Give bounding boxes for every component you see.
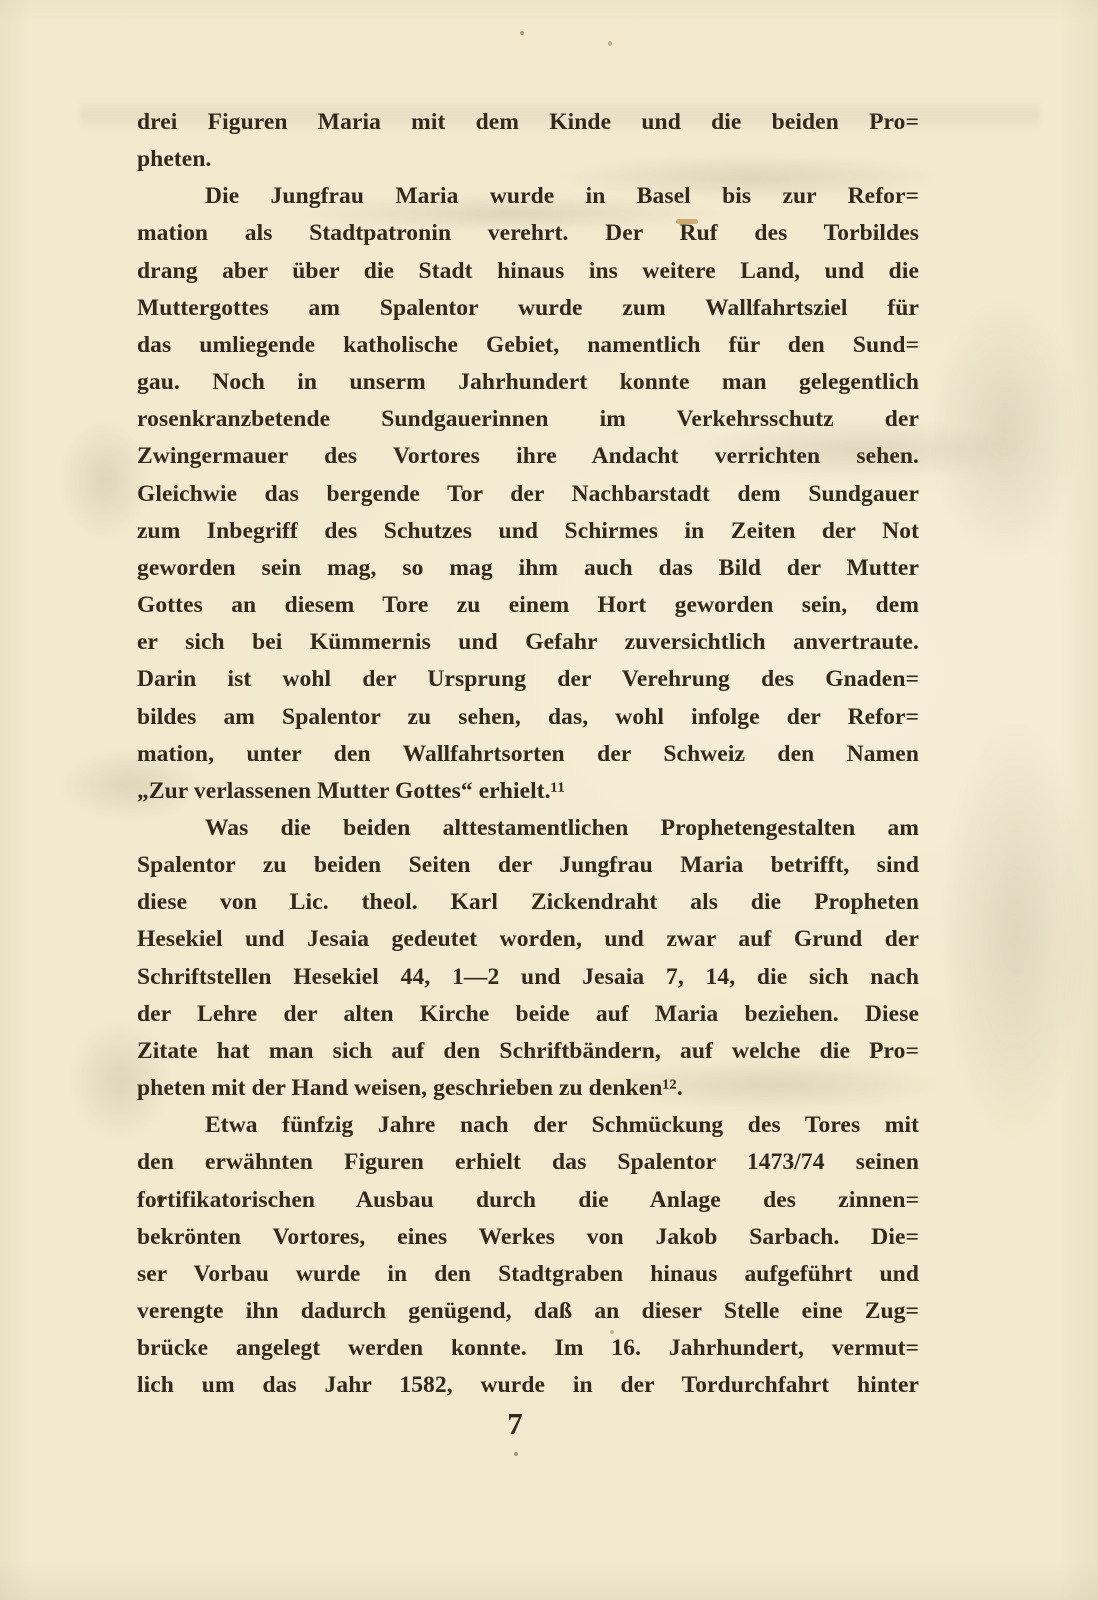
paragraph: Was die beiden alttestamentlichen Prophe… bbox=[137, 810, 919, 1107]
text-line: bildes am Spalentor zu sehen, das, wohl … bbox=[137, 699, 919, 736]
text-line: drei Figuren Maria mit dem Kinde und die… bbox=[137, 104, 919, 141]
text-line: lich um das Jahr 1582, wurde in der Tord… bbox=[137, 1367, 919, 1404]
text-line: Die Jungfrau Maria wurde in Basel bis zu… bbox=[137, 178, 919, 215]
text-line: brücke angelegt werden konnte. Im 16. Ja… bbox=[137, 1330, 919, 1367]
text-line: Etwa fünfzig Jahre nach der Schmückung d… bbox=[137, 1107, 919, 1144]
text-line: zum Inbegriff des Schutzes und Schirmes … bbox=[137, 513, 919, 550]
text-line: der Lehre der alten Kirche beide auf Mar… bbox=[137, 996, 919, 1033]
text-line: mation, unter den Wallfahrtsorten der Sc… bbox=[137, 736, 919, 773]
text-line: Was die beiden alttestamentlichen Prophe… bbox=[137, 810, 919, 847]
text-line: er sich bei Kümmernis und Gefahr zuversi… bbox=[137, 624, 919, 661]
text-line: gau. Noch in unserm Jahrhundert konnte m… bbox=[137, 364, 919, 401]
text-line: geworden sein mag, so mag ihm auch das B… bbox=[137, 550, 919, 587]
text-line: bekrönten Vortores, eines Werkes von Jak… bbox=[137, 1219, 919, 1256]
text-line: das umliegende katholische Gebiet, namen… bbox=[137, 327, 919, 364]
show-through-smudge bbox=[930, 300, 1080, 560]
text-line: fortifikatorischen Ausbau durch die Anla… bbox=[137, 1182, 919, 1219]
ink-speck bbox=[520, 31, 524, 35]
ink-speck bbox=[608, 41, 612, 46]
text-line: Spalentor zu beiden Seiten der Jungfrau … bbox=[137, 847, 919, 884]
text-line: Gleichwie das bergende Tor der Nachbarst… bbox=[137, 476, 919, 513]
text-line: diese von Lic. theol. Karl Zickendraht a… bbox=[137, 884, 919, 921]
text-line: rosenkranzbetende Sundgauerinnen im Verk… bbox=[137, 401, 919, 438]
page-number: 7 bbox=[137, 1404, 893, 1444]
ink-speck bbox=[514, 1452, 518, 1456]
paragraph: Die Jungfrau Maria wurde in Basel bis zu… bbox=[137, 178, 919, 810]
text-line: ser Vorbau wurde in den Stadtgraben hina… bbox=[137, 1256, 919, 1293]
paragraph: drei Figuren Maria mit dem Kinde und die… bbox=[137, 104, 919, 178]
text-line: Zitate hat man sich auf den Schriftbände… bbox=[137, 1033, 919, 1070]
text-line: verengte ihn dadurch genügend, daß an di… bbox=[137, 1293, 919, 1330]
text-line: Muttergottes am Spalentor wurde zum Wall… bbox=[137, 290, 919, 327]
show-through-smudge bbox=[940, 720, 1090, 1140]
text-column: drei Figuren Maria mit dem Kinde und die… bbox=[137, 104, 919, 1404]
text-line: drang aber über die Stadt hinaus ins wei… bbox=[137, 253, 919, 290]
text-line: Hesekiel und Jesaia gedeutet worden, und… bbox=[137, 921, 919, 958]
text-line: „Zur verlassenen Mutter Gottes“ erhielt.… bbox=[137, 773, 919, 810]
text-line: Schriftstellen Hesekiel 44, 1—2 und Jesa… bbox=[137, 959, 919, 996]
text-line: Zwingermauer des Vortores ihre Andacht v… bbox=[137, 438, 919, 475]
text-line: Darin ist wohl der Ursprung der Verehrun… bbox=[137, 661, 919, 698]
paragraph: Etwa fünfzig Jahre nach der Schmückung d… bbox=[137, 1107, 919, 1404]
text-line: pheten. bbox=[137, 141, 919, 178]
text-line: Gottes an diesem Tore zu einem Hort gewo… bbox=[137, 587, 919, 624]
text-line: den erwähnten Figuren erhielt das Spalen… bbox=[137, 1144, 919, 1181]
text-line: mation als Stadtpatronin verehrt. Der Ru… bbox=[137, 215, 919, 252]
text-line: pheten mit der Hand weisen, geschrieben … bbox=[137, 1070, 919, 1107]
scanned-book-page: drei Figuren Maria mit dem Kinde und die… bbox=[0, 0, 1098, 1600]
